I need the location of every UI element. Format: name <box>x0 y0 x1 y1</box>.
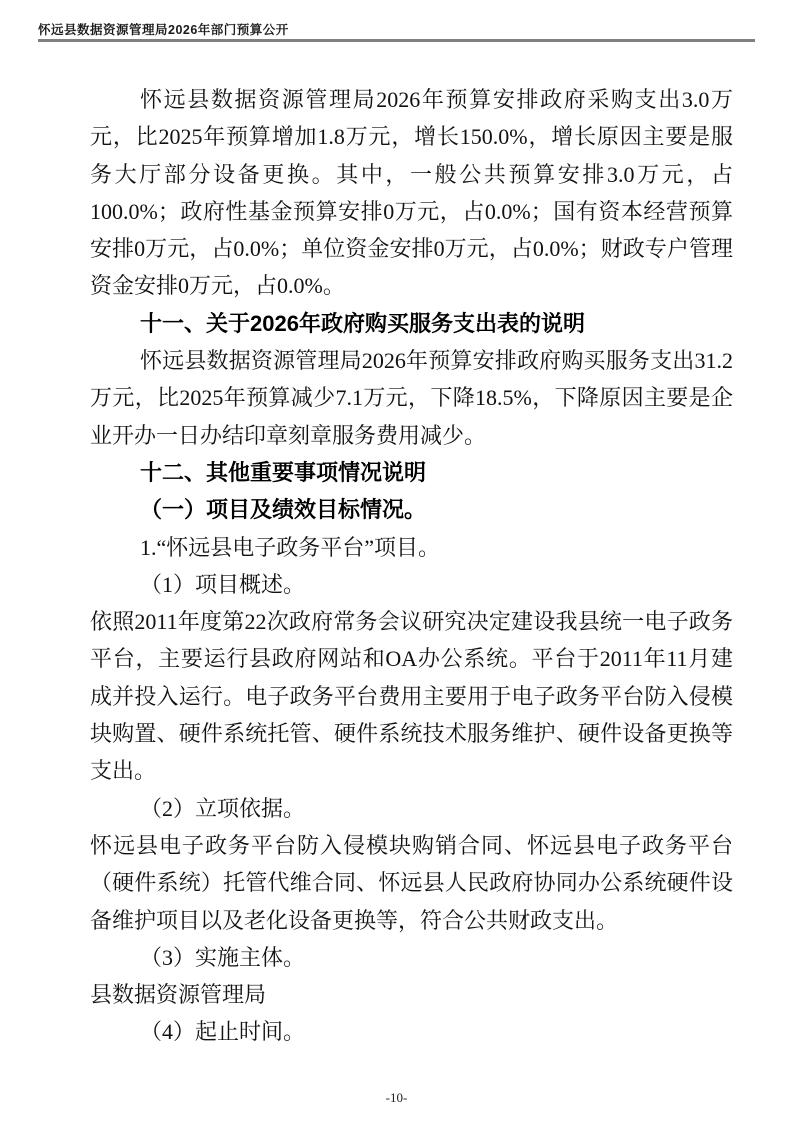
heading-project-performance: （一）项目及绩效目标情况。 <box>90 491 733 528</box>
header-rule <box>38 39 755 42</box>
para-implementer-label: （3）实施主体。 <box>90 939 733 976</box>
para-procurement-spending: 怀远县数据资源管理局2026年预算安排政府采购支出3.0万元，比2025年预算增… <box>90 81 733 305</box>
para-purchased-services: 怀远县数据资源管理局2026年预算安排政府购买服务支出31.2万元，比2025年… <box>90 342 733 454</box>
para-time-span-label: （4）起止时间。 <box>90 1013 733 1050</box>
para-project-basis-label: （2）立项依据。 <box>90 790 733 827</box>
para-implementer-value: 县数据资源管理局 <box>90 976 733 1013</box>
para-project-basis-text: 怀远县电子政务平台防入侵模块购销合同、怀远县电子政务平台（硬件系统）托管代维合同… <box>90 827 733 939</box>
heading-section-eleven: 十一、关于2026年政府购买服务支出表的说明 <box>90 305 733 342</box>
document-page: 怀远县数据资源管理局2026年部门预算公开 怀远县数据资源管理局2026年预算安… <box>0 0 793 1122</box>
page-number: -10- <box>0 1090 793 1106</box>
heading-section-twelve: 十二、其他重要事项情况说明 <box>90 454 733 491</box>
page-header-title: 怀远县数据资源管理局2026年部门预算公开 <box>38 20 755 38</box>
para-project-overview-text: 依照2011年度第22次政府常务会议研究决定建设我县统一电子政务平台，主要运行县… <box>90 603 733 789</box>
para-project-overview-label: （1）项目概述。 <box>90 566 733 603</box>
para-project-name: 1.“怀远县电子政务平台”项目。 <box>90 529 733 566</box>
document-body: 怀远县数据资源管理局2026年预算安排政府采购支出3.0万元，比2025年预算增… <box>90 81 733 1051</box>
